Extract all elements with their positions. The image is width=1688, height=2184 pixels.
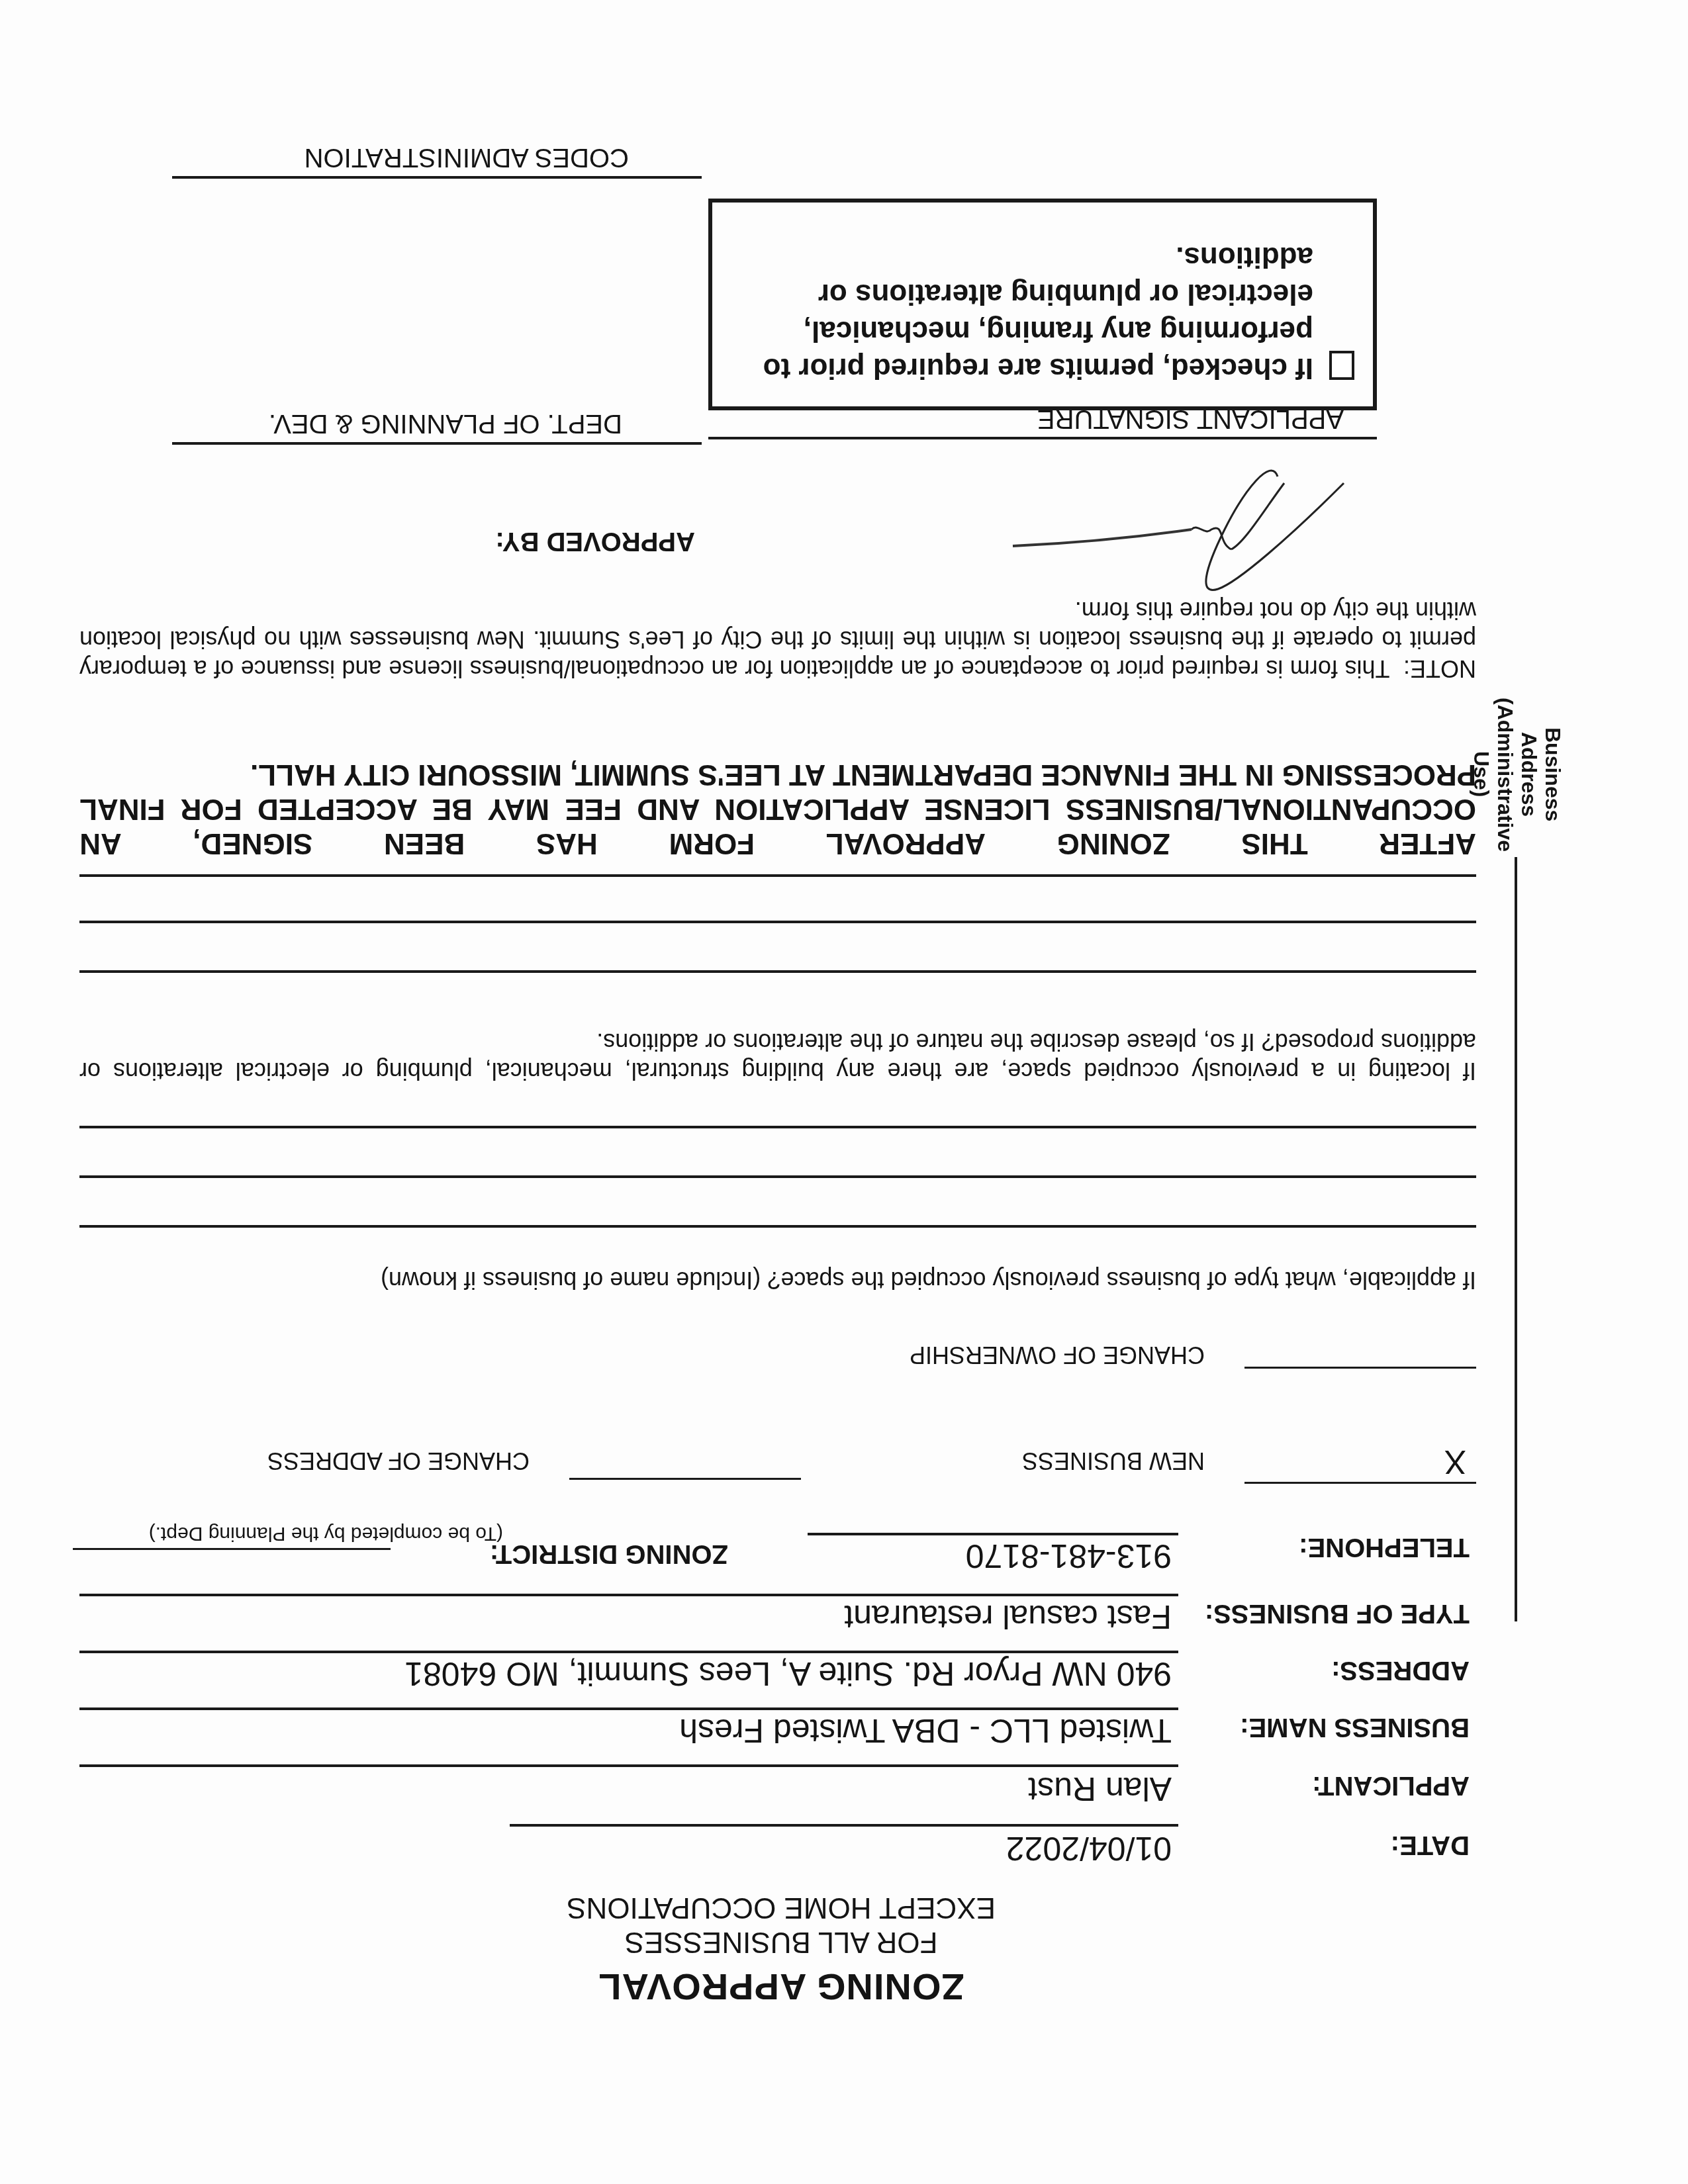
alterations-question: If locating in a previously occupied spa… bbox=[79, 1027, 1476, 1085]
note-text: This form is required prior to acceptanc… bbox=[79, 597, 1476, 682]
permit-notice-text: If checked, permits are required prior t… bbox=[744, 238, 1313, 387]
license-notice: AFTER THIS ZONING APPROVAL FORM HAS BEEN… bbox=[79, 757, 1476, 860]
license-notice-first-line: AFTER THIS ZONING APPROVAL FORM HAS BEEN… bbox=[79, 826, 1476, 860]
telephone-underline bbox=[808, 1533, 1178, 1535]
business-name-underline bbox=[79, 1707, 1178, 1710]
zoning-district-underline[interactable] bbox=[73, 1548, 391, 1550]
date-underline bbox=[510, 1824, 1178, 1827]
note-label: NOTE: bbox=[1403, 655, 1476, 682]
notice-word: ZONING bbox=[1057, 826, 1170, 860]
admin-side-rule bbox=[1515, 857, 1517, 1621]
zoning-district-note: (To be completed by the Planning Dept.) bbox=[149, 1522, 503, 1545]
address-label: ADDRESS: bbox=[1331, 1655, 1470, 1685]
notice-word: AN bbox=[79, 826, 122, 860]
address-field[interactable]: 940 NW Pryor Rd. Suite A, Lees Summit, M… bbox=[404, 1655, 1172, 1693]
codes-admin-signature-line[interactable] bbox=[172, 176, 702, 179]
address-underline bbox=[79, 1651, 1178, 1653]
change-of-address-option: CHANGE OF ADDRESS bbox=[267, 1447, 530, 1475]
applicant-signature-line[interactable] bbox=[708, 437, 1377, 439]
side-label-line-2: (Administrative Use) bbox=[1470, 698, 1517, 852]
date-field[interactable]: 01/04/2022 bbox=[1006, 1829, 1172, 1868]
notice-word: HAS bbox=[536, 826, 598, 860]
type-of-business-label: TYPE OF BUSINESS: bbox=[1205, 1598, 1470, 1628]
type-of-business-field[interactable]: Fast casual restaurant bbox=[844, 1598, 1172, 1636]
change-of-ownership-option: CHANGE OF OWNERSHIP bbox=[910, 1341, 1205, 1369]
zoning-district-label: ZONING DISTRICT: bbox=[490, 1539, 728, 1569]
side-label-line-1: Business Address bbox=[1517, 727, 1565, 821]
alterations-line-1[interactable] bbox=[79, 970, 1476, 973]
previous-business-line-2[interactable] bbox=[79, 1175, 1476, 1178]
new-business-blank[interactable] bbox=[1244, 1482, 1476, 1484]
change-of-address-blank[interactable] bbox=[569, 1478, 801, 1480]
date-label: DATE: bbox=[1391, 1830, 1470, 1860]
applicant-label: APPLICANT: bbox=[1312, 1770, 1470, 1800]
form-title: ZONING APPROVAL bbox=[424, 1966, 1139, 2009]
notice-word: APPROVAL bbox=[826, 826, 986, 860]
applicant-signature-image bbox=[1000, 450, 1370, 609]
new-business-option: NEW BUSINESS bbox=[1022, 1447, 1205, 1475]
previous-business-question: If applicable, what type of business pre… bbox=[73, 1266, 1476, 1294]
notice-word: THIS bbox=[1241, 826, 1307, 860]
business-address-admin-label: Business Address (Administrative Use) bbox=[1470, 688, 1565, 860]
alterations-line-3[interactable] bbox=[79, 874, 1476, 877]
type-of-business-underline bbox=[79, 1594, 1178, 1596]
permits-required-checkbox[interactable] bbox=[1329, 351, 1354, 380]
change-of-ownership-blank[interactable] bbox=[1244, 1367, 1476, 1369]
previous-business-line-1[interactable] bbox=[79, 1225, 1476, 1228]
codes-admin-label: CODES ADMINISTRATION bbox=[305, 142, 629, 172]
business-name-field[interactable]: Twisted LLC - DBA Twisted Fresh bbox=[679, 1711, 1172, 1750]
previous-business-line-3[interactable] bbox=[79, 1126, 1476, 1128]
alterations-line-2[interactable] bbox=[79, 921, 1476, 923]
applicant-underline bbox=[79, 1764, 1178, 1767]
notice-word: AFTER bbox=[1379, 826, 1476, 860]
telephone-field[interactable]: 913-481-8170 bbox=[966, 1537, 1172, 1575]
license-notice-rest: OCCUPANTIONAL/BUSINESS LICENSE APPLICATI… bbox=[79, 757, 1476, 826]
planning-dept-label: DEPT. OF PLANNING & DEV. bbox=[269, 408, 622, 438]
approved-by-label: APPROVED BY: bbox=[495, 526, 695, 556]
notice-word: BEEN bbox=[384, 826, 465, 860]
notice-word: FORM bbox=[669, 826, 755, 860]
applicant-field[interactable]: Alan Rust bbox=[1028, 1770, 1172, 1808]
form-subtitle-line-1: FOR ALL BUSINESSES bbox=[424, 1925, 1139, 1959]
business-name-label: BUSINESS NAME: bbox=[1240, 1712, 1470, 1742]
form-subtitle-line-2: EXCEPT HOME OCCUPATIONS bbox=[424, 1890, 1139, 1925]
new-business-mark: X bbox=[1444, 1443, 1466, 1481]
telephone-label: TELEPHONE: bbox=[1299, 1532, 1470, 1562]
zoning-approval-form-page: ZONING APPROVAL FOR ALL BUSINESSES EXCEP… bbox=[0, 0, 1688, 2184]
planning-dept-signature-line[interactable] bbox=[172, 442, 702, 445]
permit-notice-box: If checked, permits are required prior t… bbox=[708, 199, 1377, 410]
notice-word: SIGNED, bbox=[193, 826, 312, 860]
